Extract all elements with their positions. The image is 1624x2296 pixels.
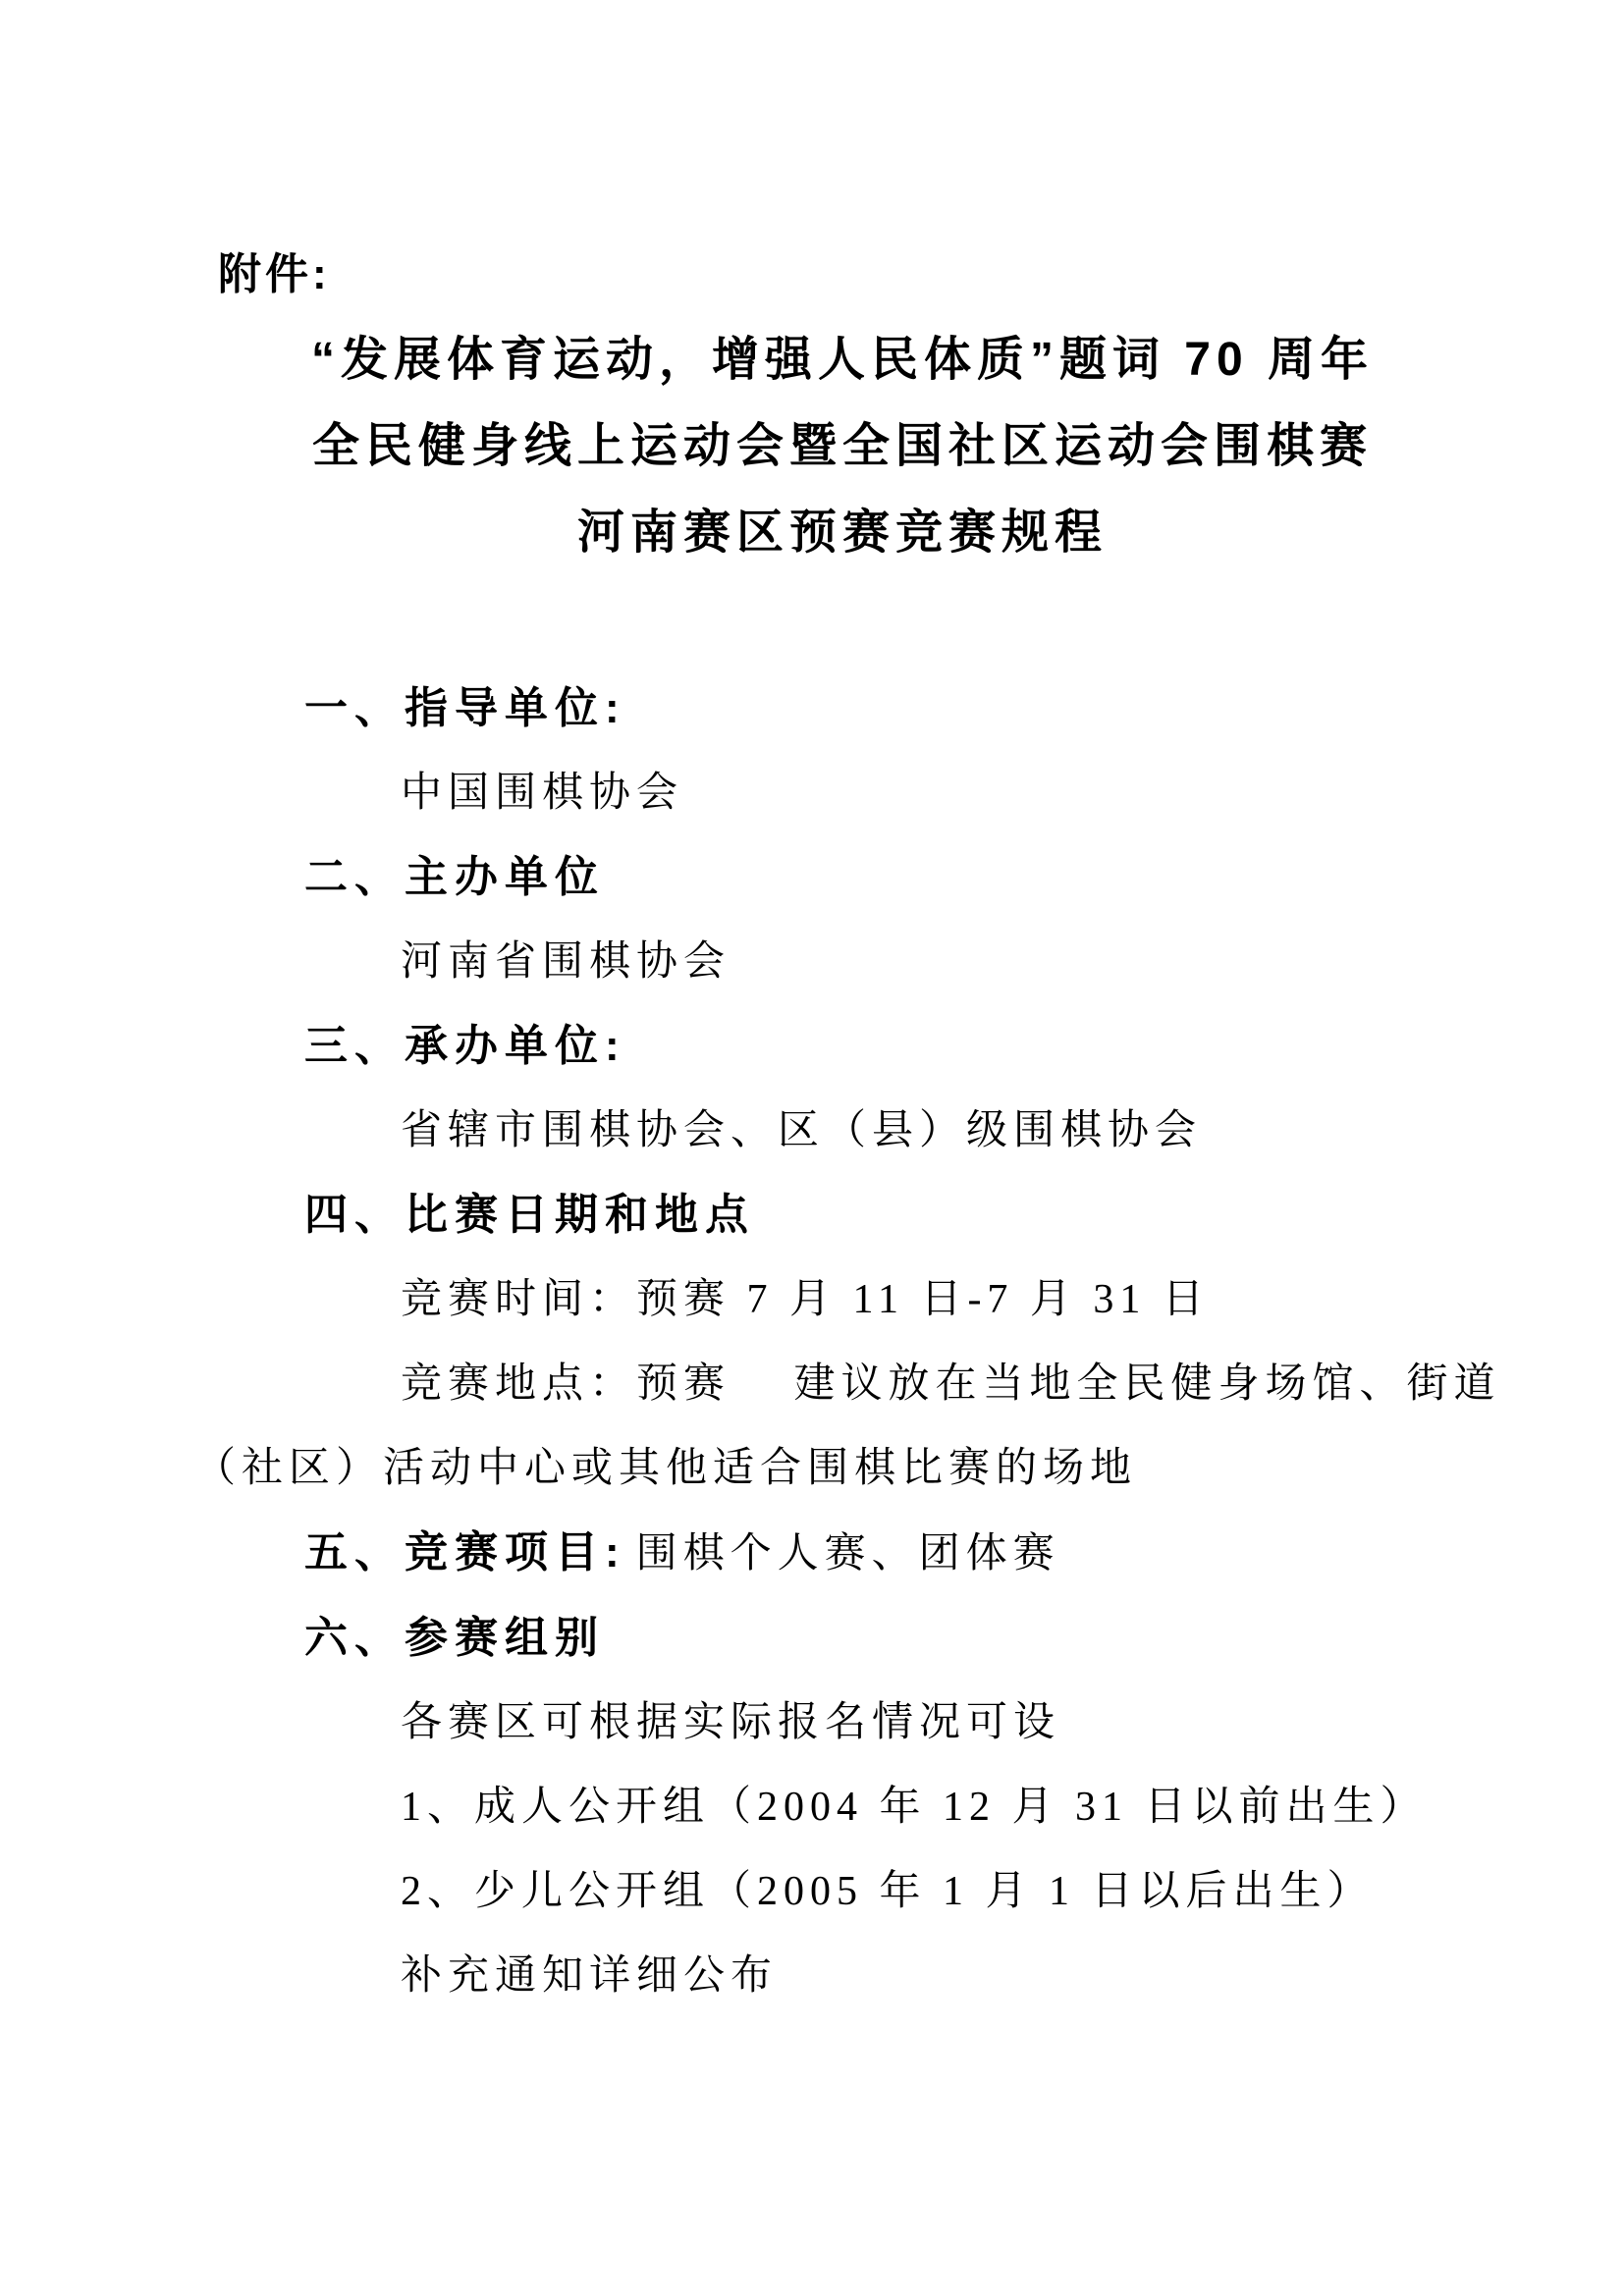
document-content: 附件: “发展体育运动，增强人民体质”题词 70 周年 全民健身线上运动会暨全国… bbox=[0, 0, 1624, 2018]
section-3-heading: 三、承办单位: bbox=[218, 1004, 1467, 1089]
section-5-heading: 五、竞赛项目:围棋个人赛、团体赛 bbox=[218, 1511, 1467, 1596]
section-1-number: 一、 bbox=[304, 667, 405, 751]
attachment-label: 附件: bbox=[218, 233, 1467, 317]
document-title: “发展体育运动，增强人民体质”题词 70 周年 全民健身线上运动会暨全国社区运动… bbox=[179, 317, 1506, 576]
section-1-heading: 一、指导单位: bbox=[218, 667, 1467, 751]
group-setup-note: 各赛区可根据实际报名情况可设 bbox=[218, 1681, 1467, 1765]
doc-title-line-3: 河南赛区预赛竞赛规程 bbox=[179, 490, 1506, 576]
section-4-heading: 四、比赛日期和地点 bbox=[218, 1173, 1467, 1257]
section-3-title: 承办单位: bbox=[405, 1022, 626, 1070]
section-4-title: 比赛日期和地点 bbox=[405, 1191, 755, 1239]
host-unit-name: 河南省围棋协会 bbox=[218, 920, 1467, 1004]
section-4-number: 四、 bbox=[304, 1173, 405, 1257]
group-1-adult-open: 1、成人公开组（2004 年 12 月 31 日以前出生） bbox=[218, 1765, 1467, 1849]
group-2-youth-open: 2、少儿公开组（2005 年 1 月 1 日以后出生） bbox=[218, 1849, 1467, 1934]
document-page: 附件: “发展体育运动，增强人民体质”题词 70 周年 全民健身线上运动会暨全国… bbox=[0, 0, 1624, 2296]
organizer-units: 省辖市围棋协会、区（县）级围棋协会 bbox=[218, 1089, 1467, 1173]
doc-title-line-2: 全民健身线上运动会暨全国社区运动会围棋赛 bbox=[179, 403, 1506, 490]
competition-venue-line-2: （社区）活动中心或其他适合围棋比赛的场地 bbox=[194, 1426, 1467, 1511]
doc-title-line-1: “发展体育运动，增强人民体质”题词 70 周年 bbox=[179, 317, 1506, 403]
section-5-number: 五、 bbox=[304, 1511, 405, 1595]
section-6-heading: 六、参赛组别 bbox=[218, 1596, 1467, 1681]
section-2-heading: 二、主办单位 bbox=[218, 835, 1467, 920]
section-3-number: 三、 bbox=[304, 1004, 405, 1089]
competition-venue-line-1: 竞赛地点：预赛 建议放在当地全民健身场馆、街道 bbox=[218, 1342, 1467, 1426]
section-5-title: 竞赛项目: bbox=[405, 1528, 626, 1576]
section-2-title: 主办单位 bbox=[405, 853, 605, 901]
section-1-title: 指导单位: bbox=[405, 684, 626, 732]
section-6-number: 六、 bbox=[304, 1596, 405, 1681]
competition-time: 竞赛时间：预赛 7 月 11 日-7 月 31 日 bbox=[218, 1257, 1467, 1342]
section-2-number: 二、 bbox=[304, 835, 405, 920]
guiding-unit-name: 中国围棋协会 bbox=[218, 751, 1467, 835]
events-list: 围棋个人赛、团体赛 bbox=[636, 1531, 1060, 1576]
section-6-title: 参赛组别 bbox=[405, 1614, 605, 1662]
supplement-notice: 补充通知详细公布 bbox=[218, 1934, 1467, 2018]
